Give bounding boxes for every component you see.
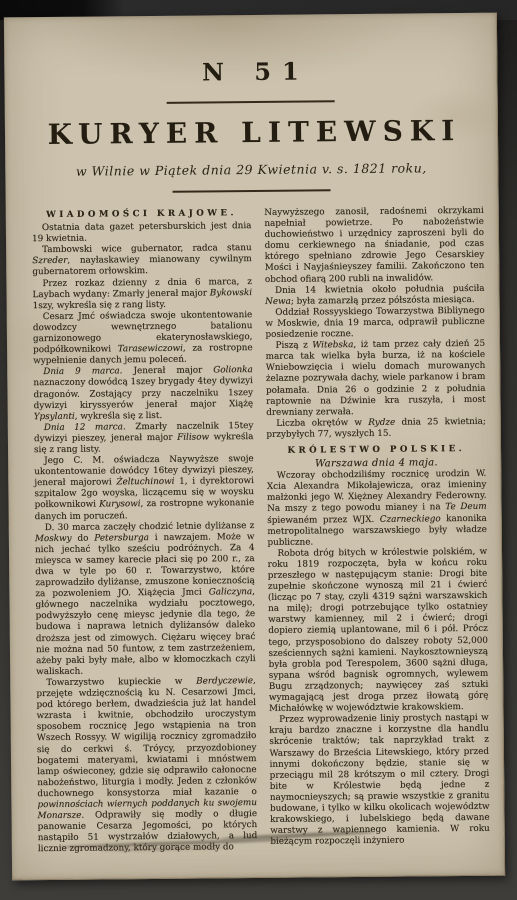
- section-dateline-warsaw: Warszawa dnia 4 maja.: [267, 457, 487, 470]
- paragraph: Przez rozkaz dzienny z dnia 6 marca, z L…: [32, 277, 252, 312]
- paragraph: Tambowski wice gubernator, radca stanu S…: [32, 243, 252, 278]
- paragraph: Przez wyprowadzenie liniy prostych nastą…: [269, 713, 490, 848]
- section-heading-kingdom-of-poland: KRÓLESTWO POLSKIE.: [266, 444, 486, 457]
- paragraph: Wczoray obchodziliśmy rocznicę urodzin W…: [267, 469, 487, 549]
- masthead-divider-top: [167, 100, 335, 104]
- paragraph: Towarzystwo kupieckie w Berdyczewie, prz…: [36, 676, 257, 856]
- paragraph: Piszą z Witebska, iż tam przez cały dzie…: [265, 339, 485, 419]
- left-column: WIADOMOŚCI KRAJOWE. Ostatnia data gazet …: [32, 208, 258, 856]
- masthead-dateline: w Wilnie w Piątek dnia 29 Kwietnia v. s.…: [5, 160, 497, 180]
- newspaper-page: N 51 KURYER LITEWSKI w Wilnie w Piątek d…: [4, 13, 505, 881]
- article-columns: WIADOMOŚCI KRAJOWE. Ostatnia data gazet …: [6, 190, 504, 856]
- paragraph: Cesarz Jmć oświadcza swoje ukontentowani…: [33, 310, 253, 368]
- paragraph: Naywyższego zanosił, radośnemi okrzykami…: [264, 206, 484, 286]
- masthead: N 51 KURYER LITEWSKI w Wilnie w Piątek d…: [4, 13, 498, 195]
- paragraph: Liczba okrętów w Rydze dnia 25 kwietnia;…: [266, 417, 486, 441]
- newspaper-title: KURYER LITEWSKI: [5, 114, 497, 152]
- paragraph: Ostatnia data gazet petersburskich jest …: [32, 221, 252, 245]
- paragraph: Oddział Rossyyskiego Towarzystwa Bibliyn…: [265, 306, 485, 341]
- paragraph: Dnia 14 kwietnia około południa puściła …: [265, 283, 485, 307]
- paragraph: D. 30 marca zaczęły chodzić letnie dyliż…: [35, 521, 256, 678]
- right-column: Naywyższego zanosił, radośnemi okrzykami…: [264, 206, 490, 854]
- paragraph: Jego C. M. oświadcza Naywyższe swoje uko…: [34, 454, 254, 523]
- paragraph: Dnia 9 marca. Jenerał major Golionka naz…: [33, 365, 253, 423]
- section-heading-domestic-news: WIADOMOŚCI KRAJOWE.: [32, 208, 252, 221]
- issue-number: N 51: [4, 13, 497, 89]
- paragraph: Robota dróg bitych w królestwie polskiém…: [267, 547, 488, 716]
- paragraph: Dnia 12 marca. Zmarły naczelnik 15tey dy…: [34, 421, 254, 456]
